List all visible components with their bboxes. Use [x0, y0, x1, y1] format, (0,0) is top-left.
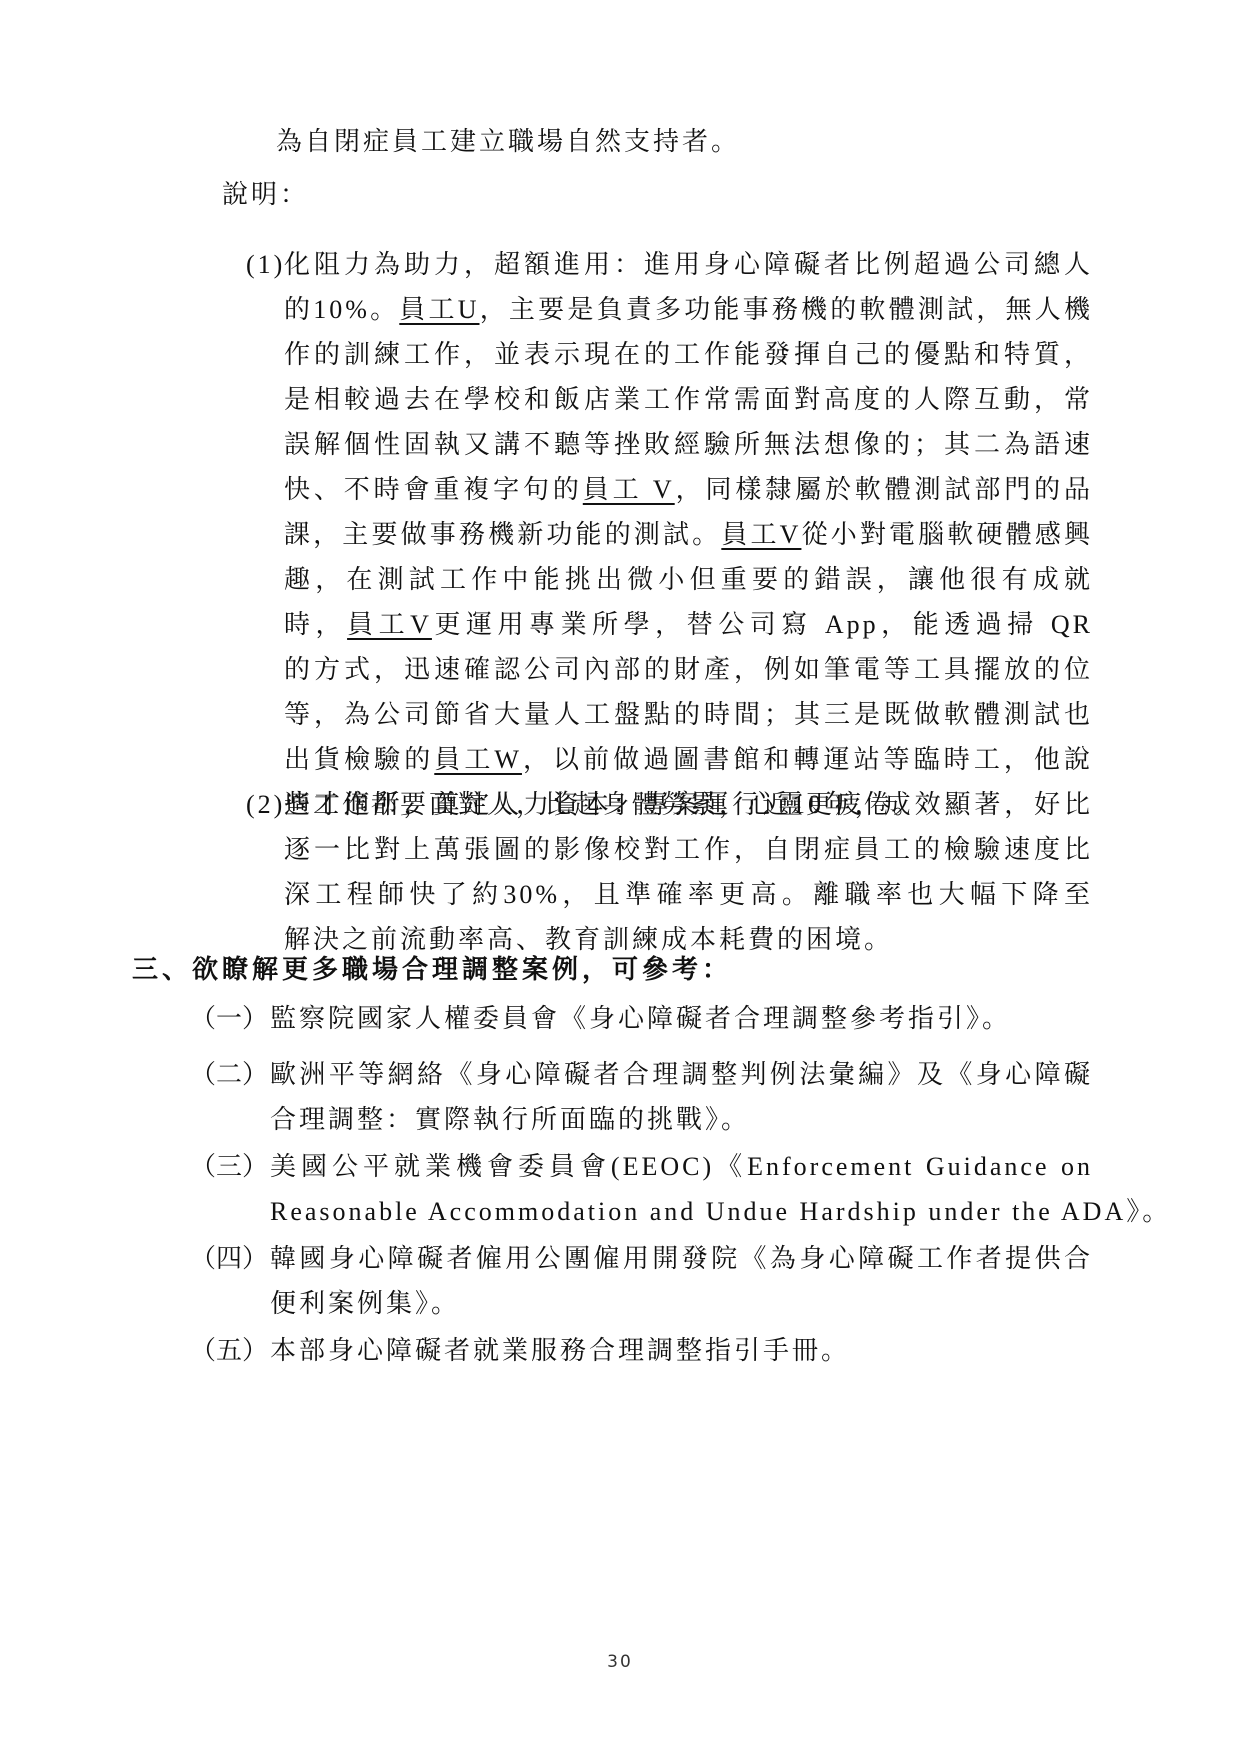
employee-name: 員工W [434, 745, 522, 774]
employee-name: 員工V [721, 520, 801, 549]
paragraph-line: 是相較過去在學校和飯店業工作常需面對高度的人際互動，常被 [284, 383, 1093, 417]
paragraph-line: 出貨檢驗的員工W，以前做過圖書館和轉運站等臨時工，他說這 [284, 743, 1093, 777]
reference-text: 本部身心障礙者就業服務合理調整指引手冊。 [270, 1334, 850, 1368]
text-segment: 是相較過去在學校和飯店業工作常需面對高度的人際互動，常被 [284, 385, 1093, 417]
page-number: 30 [0, 1652, 1240, 1672]
paragraph-line: 的方式，迅速確認公司內部的財產，例如筆電等工具擺放的位置 [284, 653, 1093, 687]
reference-text: 歐洲平等網絡《身心障礙者合理調整判例法彙編》及《身心障礙者 [270, 1058, 1093, 1092]
paragraph-line: 課，主要做事務機新功能的測試。員工V從小對電腦軟硬體感興 [284, 518, 1093, 552]
paragraph-line: 趣，在測試工作中能挑出微小但重要的錯誤，讓他很有成就感，同 [284, 563, 1093, 597]
text-segment: 課，主要做事務機新功能的測試。 [284, 520, 721, 549]
text-segment: 出貨檢驗的 [284, 745, 434, 774]
text-segment: 解決之前流動率高、教育訓練成本耗費的困境。 [284, 925, 893, 954]
employee-name: 員工U [399, 295, 479, 324]
text-segment: 等，為公司節省大量人工盤點的時間；其三是既做軟體測試也做 [284, 700, 1093, 732]
text-segment: 化阻力為助力，超額進用：進用身心障礙者比例超過公司總人數 [284, 250, 1093, 282]
reference-text: 便利案例集》。 [270, 1287, 460, 1321]
paragraph-line: 作的訓練工作，並表示現在的工作能發揮自己的優點和特質，這 [284, 338, 1093, 372]
reference-marker: （三） [190, 1150, 268, 1184]
employee-name: 員工V [347, 610, 432, 639]
text-segment: 的方式，迅速確認公司內部的財產，例如筆電等工具擺放的位置 [284, 655, 1093, 687]
text-segment: 逐一比對上萬張圖的影像校對工作，自閉症員工的檢驗速度比資 [284, 835, 1093, 867]
paragraph-line: 深工程師快了約30%，且準確率更高。離職率也大幅下降至2.94%， [284, 878, 1093, 912]
reference-marker: （五） [190, 1334, 268, 1368]
text-segment: 快、不時會重複字句的 [284, 475, 583, 504]
reference-text: 美國公平就業機會委員會(EEOC)《Enforcement Guidance o… [270, 1150, 1093, 1184]
paragraph-line: 誤解個性固執又講不聽等挫敗經驗所無法想像的；其二為語速較 [284, 428, 1093, 462]
text-segment: 的10%。 [284, 295, 399, 324]
reference-marker: （四） [190, 1242, 268, 1276]
text-segment: 從小對電腦軟硬體感興 [801, 520, 1093, 549]
section-heading: 三、欲瞭解更多職場合理調整案例，可參考： [132, 953, 732, 987]
paragraph-line: 化阻力為助力，超額進用：進用身心障礙者比例超過公司總人數 [284, 248, 1093, 282]
text-segment: 趣，在測試工作中能挑出微小但重要的錯誤，讓他很有成就感，同 [284, 565, 1093, 597]
explanation-label: 說明： [222, 178, 309, 212]
item-1-marker: (1) [246, 248, 285, 282]
text-segment: 作的訓練工作，並表示現在的工作能發揮自己的優點和特質，這 [284, 340, 1093, 372]
text-segment: 適才適所，奠定人力資本：專案運行近10年，成效顯著，好比需 [284, 790, 1093, 822]
reference-text: 合理調整：實際執行所面臨的挑戰》。 [270, 1103, 750, 1137]
paragraph-line: 等，為公司節省大量人工盤點的時間；其三是既做軟體測試也做 [284, 698, 1093, 732]
paragraph-line: 逐一比對上萬張圖的影像校對工作，自閉症員工的檢驗速度比資 [284, 833, 1093, 867]
paragraph-line: 時，員工V更運用專業所學，替公司寫 App，能透過掃 QR Code [284, 608, 1093, 642]
paragraph-line: 快、不時會重複字句的員工 V，同樣隸屬於軟體測試部門的品證 [284, 473, 1093, 507]
item-2-marker: (2) [246, 788, 285, 822]
text-segment: 誤解個性固執又講不聽等挫敗經驗所無法想像的；其二為語速較 [284, 430, 1093, 462]
paragraph-line: 的10%。員工U，主要是負責多功能事務機的軟體測試，無人機操 [284, 293, 1093, 327]
reference-marker: （一） [190, 1002, 268, 1036]
reference-text: 監察院國家人權委員會《身心障礙者合理調整參考指引》。 [270, 1002, 1011, 1036]
employee-name: 員工 V [583, 475, 675, 504]
text-segment: 深工程師快了約30%，且準確率更高。離職率也大幅下降至2.94%， [284, 880, 1093, 912]
reference-marker: （二） [190, 1058, 268, 1092]
text-segment: 時， [284, 610, 347, 639]
paragraph-line: 適才適所，奠定人力資本：專案運行近10年，成效顯著，好比需 [284, 788, 1093, 822]
document-page: 為自閉症員工建立職場自然支持者。 說明： (1) 化阻力為助力，超額進用：進用身… [0, 0, 1240, 1755]
paragraph-line: 解決之前流動率高、教育訓練成本耗費的困境。 [284, 923, 893, 957]
intro-line: 為自閉症員工建立職場自然支持者。 [276, 125, 740, 159]
reference-text: 韓國身心障礙者僱用公團僱用開發院《為身心障礙工作者提供合理 [270, 1242, 1093, 1276]
reference-text: Reasonable Accommodation and Undue Hards… [270, 1195, 1171, 1229]
